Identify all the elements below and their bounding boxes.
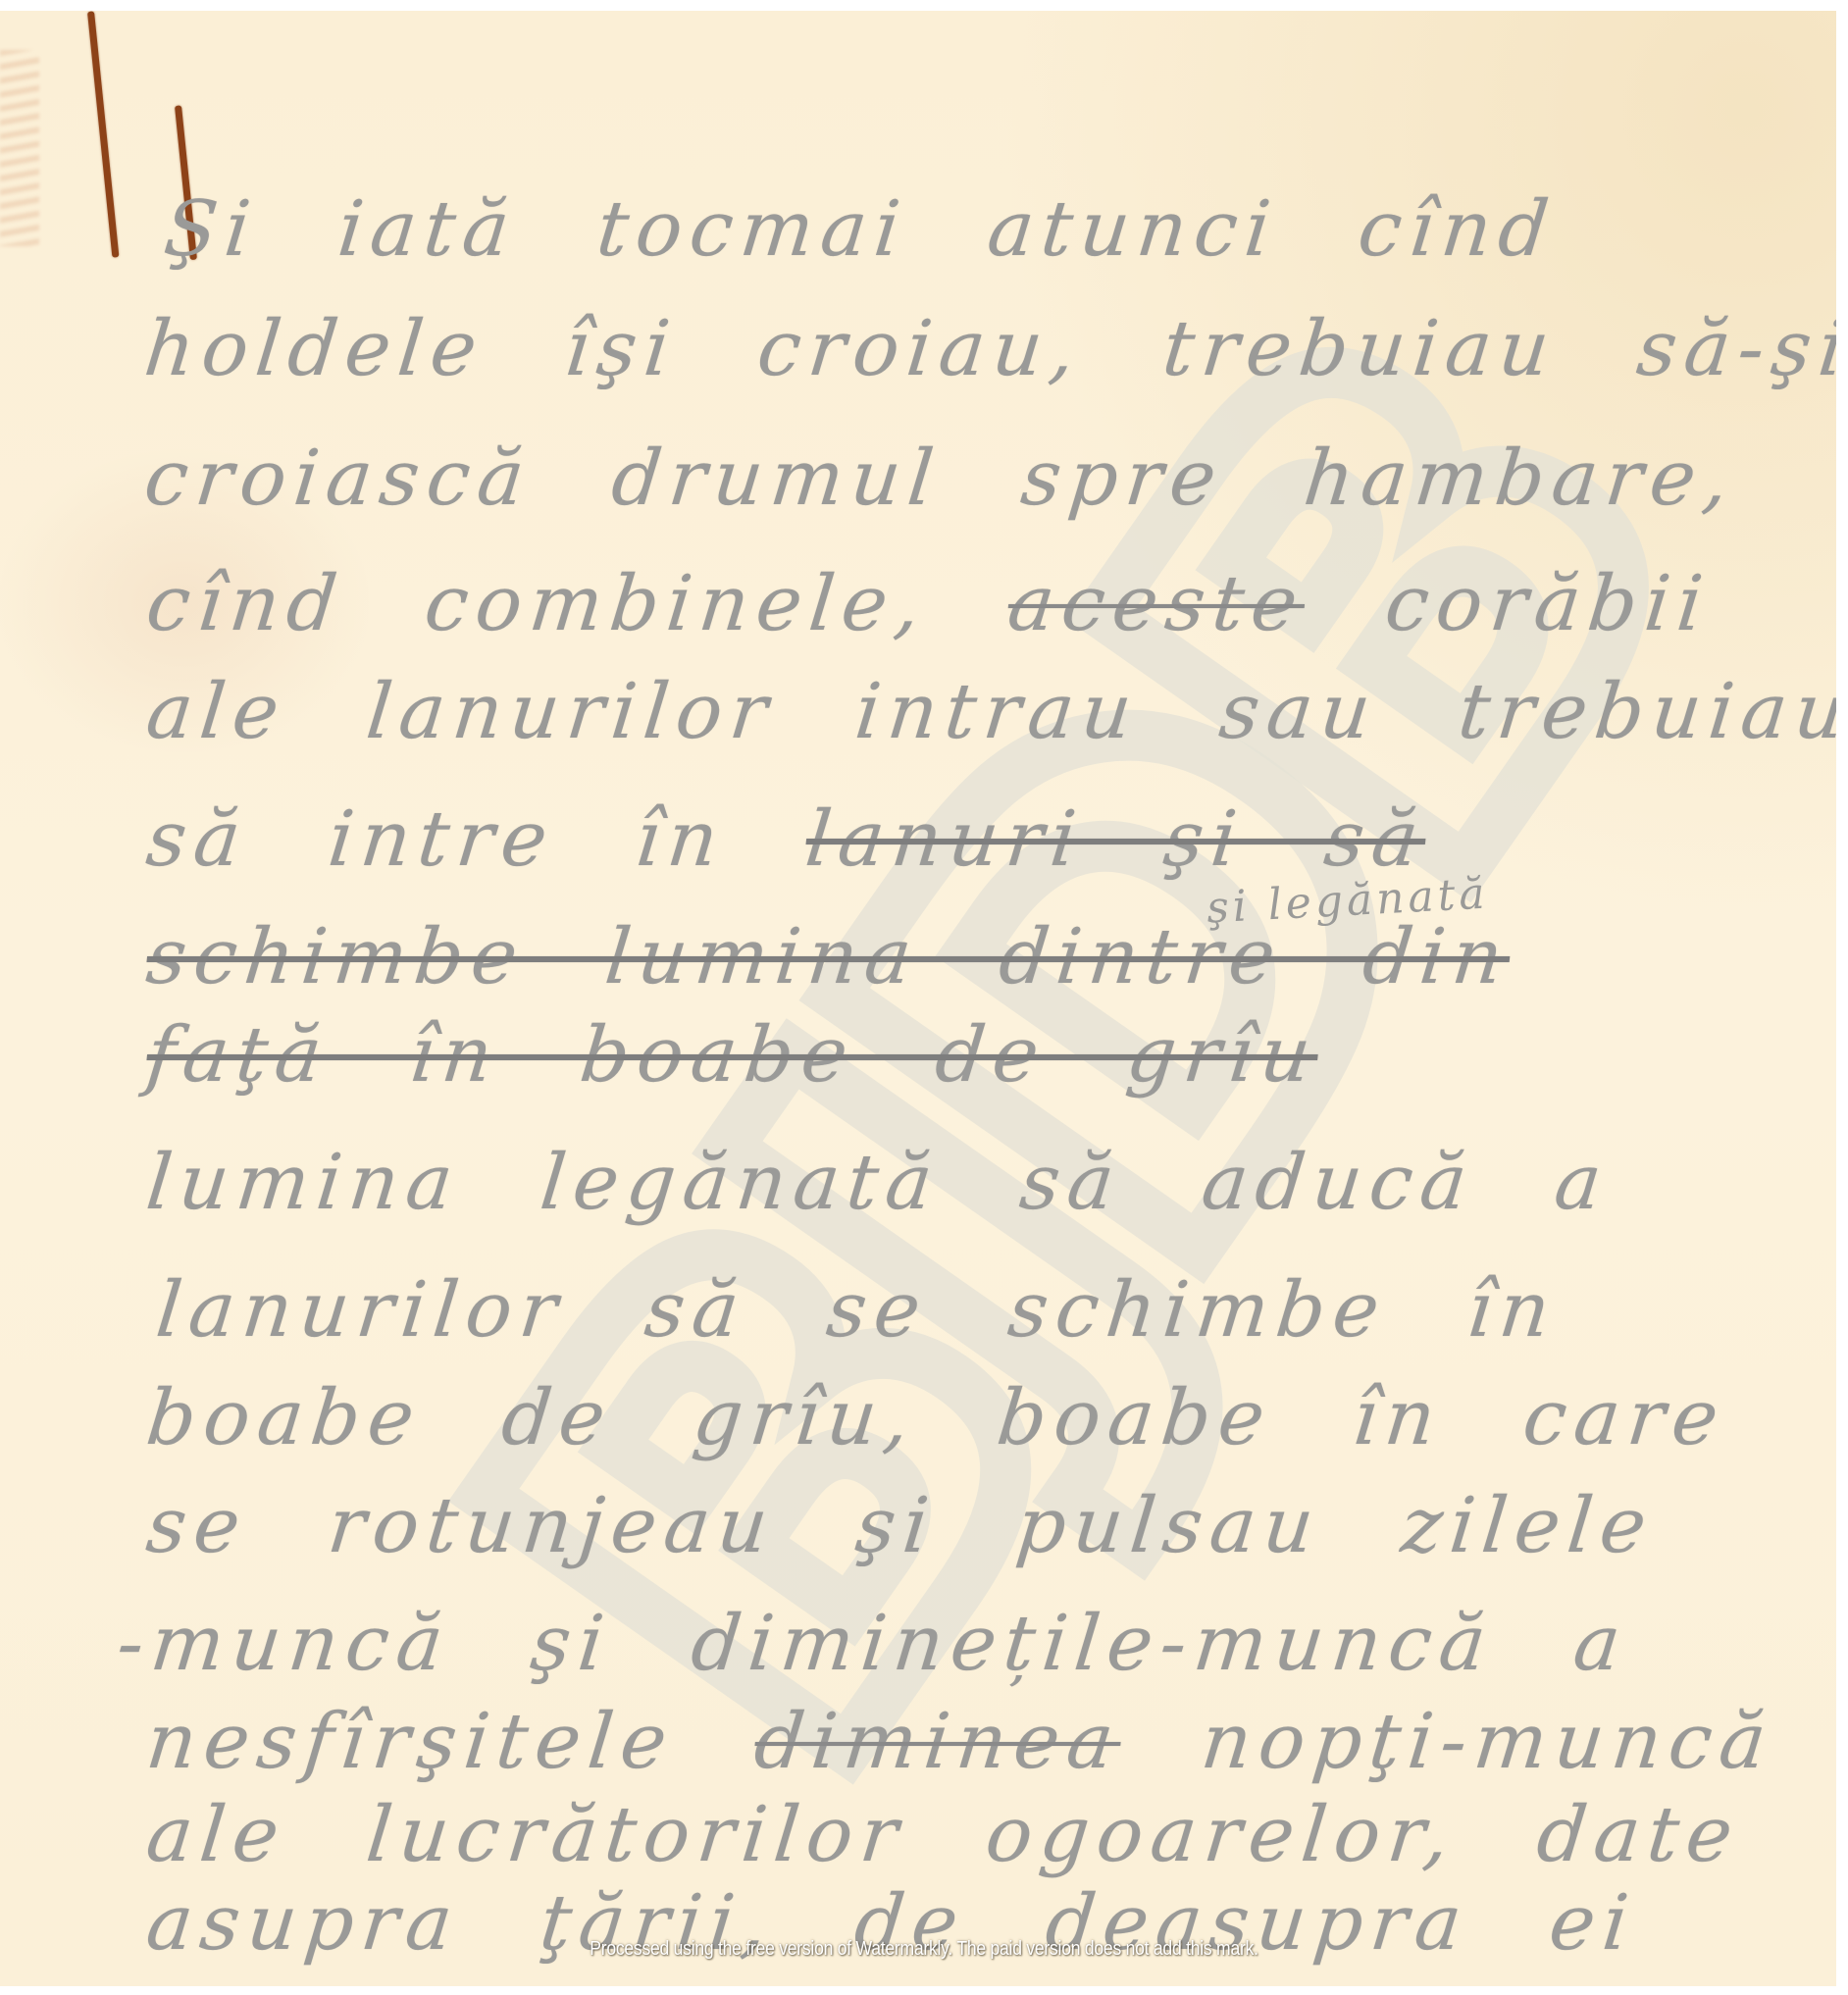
line-text: Şi iată tocmai atunci cînd xyxy=(160,185,1560,274)
line-text: -muncă şi diminețile-muncă a xyxy=(113,1600,1632,1688)
struck-text: faţă în boabe de grîu xyxy=(142,1011,1322,1100)
line-text: nopţi-muncă xyxy=(1116,1698,1778,1786)
manuscript-line: să intre în lanuri şi să xyxy=(142,795,1430,884)
manuscript-line: lanurilor să se schimbe în xyxy=(152,1266,1562,1355)
manuscript-line: lumina legănată să aducă a xyxy=(142,1139,1613,1227)
line-text: lanurilor să se schimbe în xyxy=(152,1266,1562,1355)
line-text: să intre în xyxy=(142,795,811,884)
line-text: holdele îşi croiau, trebuiau să-şi xyxy=(140,305,1836,393)
manuscript-line: -muncă şi diminețile-muncă a xyxy=(113,1600,1632,1688)
manuscript-line: faţă în boabe de grîu xyxy=(142,1011,1322,1100)
line-text: ale lanurilor intrau sau trebuiau xyxy=(142,668,1836,756)
manuscript-line: ale lucrătorilor ogoarelor, date xyxy=(142,1791,1744,1879)
manuscript-line: croiască drumul spre hambare, xyxy=(140,435,1740,523)
manuscript-line: Şi iată tocmai atunci cînd xyxy=(160,185,1560,274)
struck-text: lanuri şi să xyxy=(801,795,1430,884)
paper-stain xyxy=(0,50,39,246)
manuscript-line: cînd combinele, aceste corăbii xyxy=(142,560,1715,648)
manuscript-line: boabe de grîu, boabe în care xyxy=(142,1374,1730,1462)
manuscript-line: se rotunjeau şi pulsau zilele xyxy=(142,1482,1658,1570)
line-text: se rotunjeau şi pulsau zilele xyxy=(142,1482,1658,1570)
line-text: cînd combinele, xyxy=(142,560,1013,648)
struck-word: aceste xyxy=(1003,560,1309,648)
manuscript-line: schimbe lumina dintre din xyxy=(142,913,1514,1001)
line-text: lumina legănată să aducă a xyxy=(142,1139,1613,1227)
line-text: nesfîrşitele xyxy=(142,1698,759,1786)
manuscript-line: holdele îşi croiau, trebuiau să-şi xyxy=(140,305,1836,393)
rust-staple-mark xyxy=(87,11,119,257)
struck-text: schimbe lumina dintre din xyxy=(142,913,1514,1001)
struck-word: diminea xyxy=(750,1698,1125,1786)
manuscript-line: ale lanurilor intrau sau trebuiau xyxy=(142,668,1836,756)
footer-watermark-text: Processed using the free version of Wate… xyxy=(111,1938,1737,1961)
line-text: boabe de grîu, boabe în care xyxy=(142,1374,1730,1462)
manuscript-line: nesfîrşitele diminea nopţi-muncă xyxy=(142,1698,1777,1786)
line-text: ale lucrătorilor ogoarelor, date xyxy=(142,1791,1744,1879)
line-text: corăbii xyxy=(1300,560,1715,648)
manuscript-page: BJDB Şi iată tocmai atunci cînd holdele … xyxy=(0,11,1836,1986)
line-text: croiască drumul spre hambare, xyxy=(140,435,1740,523)
